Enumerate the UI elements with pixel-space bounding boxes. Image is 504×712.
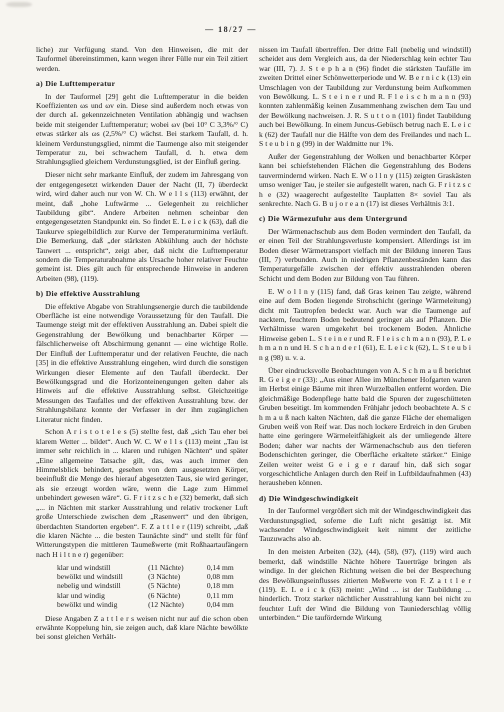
weather-type: klar und windig (57, 591, 148, 600)
table-row: bewölkt und windstill (3 Nächte) 0,08 mm (57, 572, 248, 581)
paragraph: In den meisten Arbeiten (32), (44), (58)… (259, 547, 471, 622)
table-row: klar und windstill (11 Nächte) 0,14 mm (57, 563, 248, 572)
section-heading-a: a) Die Lufttemperatur (36, 79, 248, 88)
dew-value: 0,08 mm (207, 572, 248, 581)
paragraph: Die effektive Abgabe von Strahlungsenerg… (36, 302, 248, 424)
night-count: (11 Nächte) (148, 563, 207, 572)
paragraph: Der Wärmenachschub aus dem Boden vermind… (259, 227, 471, 283)
dew-measurements-table: klar und windstill (11 Nächte) 0,14 mm b… (57, 563, 248, 610)
table-row: bewölkt und windig (12 Nächte) 0,04 mm (57, 600, 248, 609)
dew-value: 0,18 mm (207, 581, 248, 590)
weather-type: bewölkt und windstill (57, 572, 148, 581)
dew-value: 0,14 mm (207, 563, 248, 572)
paragraph: Außer der Gegenstrahlung der Wolken und … (259, 152, 471, 208)
scan-artifact (6, 2, 32, 7)
weather-type: bewölkt und windig (57, 600, 148, 609)
weather-type: klar und windstill (57, 563, 148, 572)
paragraph: Diese Angaben Z a t t l e r s weisen nic… (36, 614, 248, 642)
dew-value: 0,04 mm (207, 600, 248, 609)
left-column: liche) zur Verfügung stand. Von den Hinw… (36, 45, 248, 645)
night-count: (3 Nächte) (148, 572, 207, 581)
two-column-text-block: liche) zur Verfügung stand. Von den Hinw… (36, 45, 471, 645)
night-count: (6 Nächte) (148, 591, 207, 600)
weather-type: nebelig und windstill (57, 581, 148, 590)
paragraph: nissen im Taufall übertreffen. Der dritt… (259, 45, 471, 148)
paragraph: Dieser nicht sehr markante Einfluß, der … (36, 170, 248, 283)
paragraph: Schon A r i s t o t e l e s (5) stellte … (36, 427, 248, 559)
paragraph: In der Tauformel vergrößert sich mit der… (259, 506, 471, 544)
section-heading-b: b) Die effektive Ausstrahlung (36, 289, 248, 298)
dew-value: 0,11 mm (207, 591, 248, 600)
paragraph: E. W o l l n y (115) fand, daß Gras kein… (259, 287, 471, 362)
paragraph: In der Tauformel [29] geht die Lufttempe… (36, 92, 248, 167)
section-heading-c: c) Die Wärmezufuhr aus dem Untergrund (259, 214, 471, 223)
scanned-document-page: — 18/27 — liche) zur Verfügung stand. Vo… (0, 0, 504, 712)
table-row: nebelig und windstill (5 Nächte) 0,18 mm (57, 581, 248, 590)
page-number-header: — 18/27 — (0, 25, 462, 34)
section-heading-d: d) Die Windgeschwindigkeit (259, 494, 471, 503)
night-count: (5 Nächte) (148, 581, 207, 590)
paragraph: liche) zur Verfügung stand. Von den Hinw… (36, 45, 248, 73)
night-count: (12 Nächte) (148, 600, 207, 609)
paragraph: Über eindrucksvolle Beobachtungen von A.… (259, 366, 471, 488)
right-column: nissen im Taufall übertreffen. Der dritt… (259, 45, 471, 645)
table-row: klar und windig (6 Nächte) 0,11 mm (57, 591, 248, 600)
